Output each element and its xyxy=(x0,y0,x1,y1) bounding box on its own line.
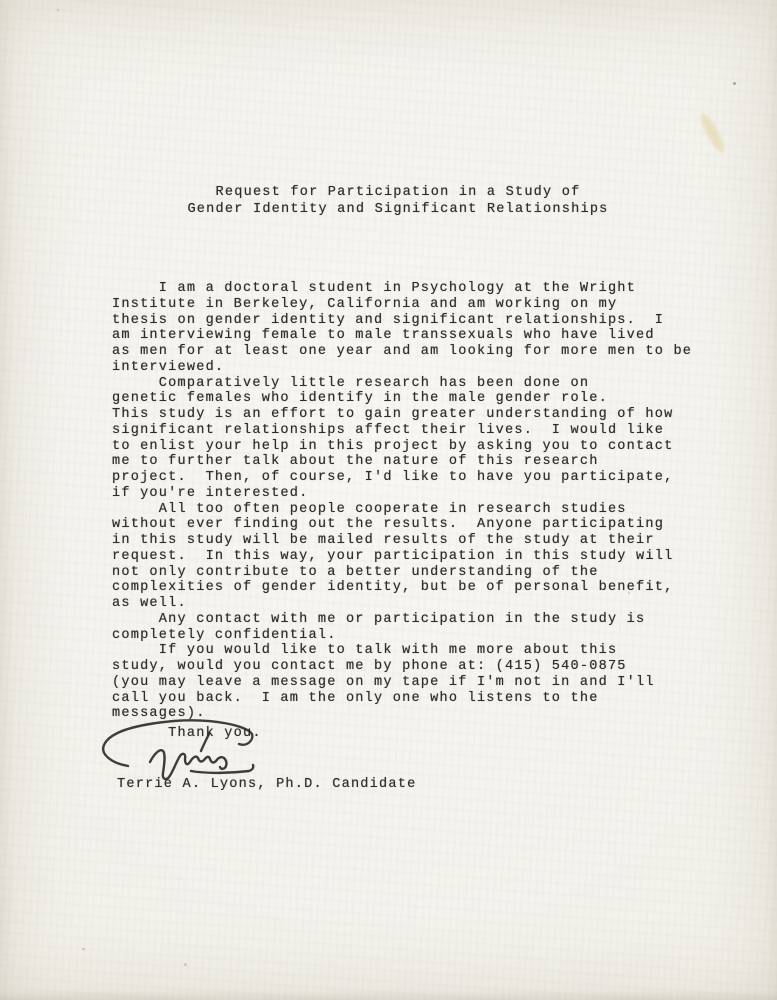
paragraph-study-purpose: Comparatively little research has been d… xyxy=(112,376,692,502)
paper-stain xyxy=(697,111,727,155)
letter-page: Request for Participation in a Study of … xyxy=(0,0,777,1000)
paper-speck xyxy=(57,9,59,11)
closing-thank-you: Thank you. xyxy=(112,726,262,742)
paper-speck xyxy=(82,948,85,950)
paper-speck xyxy=(733,82,736,85)
letter-title: Request for Participation in a Study of … xyxy=(106,184,690,218)
paper-speck xyxy=(184,963,187,966)
letter-body: I am a doctoral student in Psychology at… xyxy=(112,281,692,722)
paragraph-confidential-contact: Any contact with me or participation in … xyxy=(112,612,692,722)
typed-signature-name: Terrie A. Lyons, Ph.D. Candidate xyxy=(117,777,416,793)
paragraph-results-benefit: All too often people cooperate in resear… xyxy=(112,502,692,612)
signature-name-stroke xyxy=(150,750,226,779)
paragraph-introduction: I am a doctoral student in Psychology at… xyxy=(112,281,692,376)
signature-underline-stroke xyxy=(191,765,253,773)
